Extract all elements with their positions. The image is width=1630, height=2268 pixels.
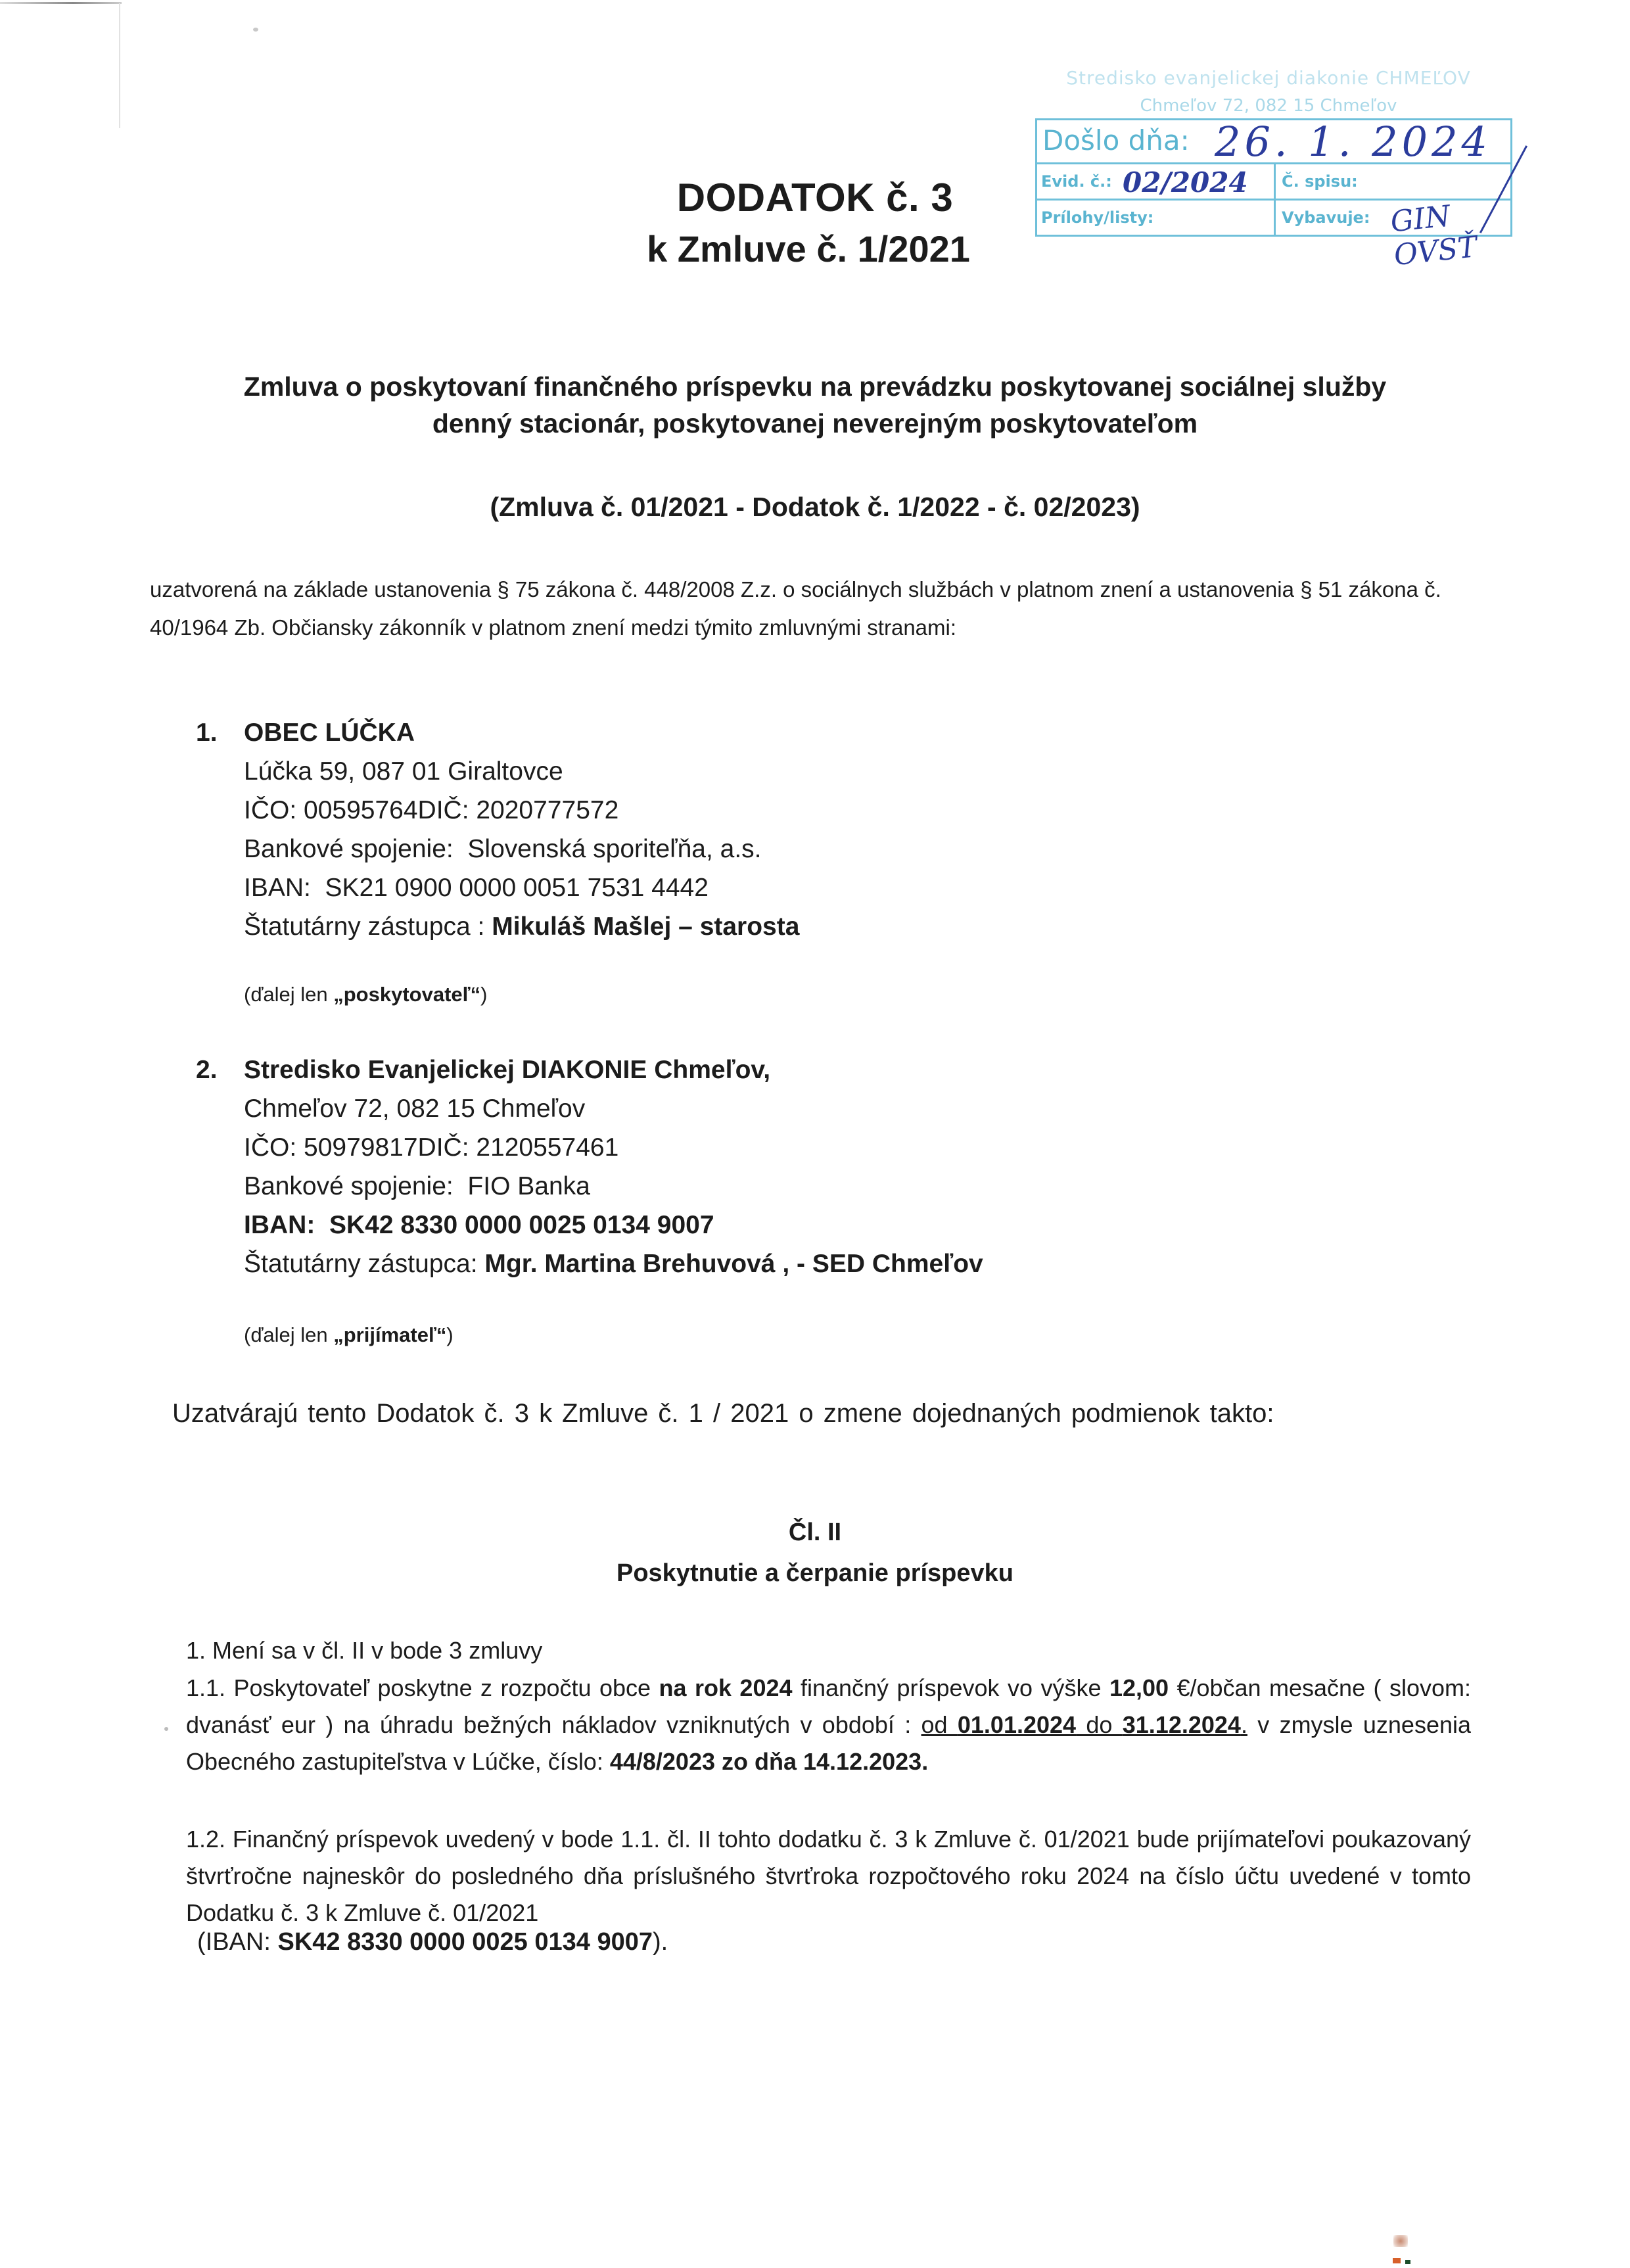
document-title: DODATOK č. 3 k Zmluve č. 1/2021 [651, 172, 979, 275]
stamp-evid-label: Evid. č.: [1041, 172, 1112, 191]
period-end: 31.12.2024 [1123, 1711, 1241, 1738]
rep-label: Štatutárny zástupca: [244, 1250, 478, 1278]
text: . [1241, 1711, 1247, 1738]
text: do [1076, 1711, 1123, 1738]
contract-reference: (Zmluva č. 01/2021 - Dodatok č. 1/2022 -… [131, 492, 1499, 523]
party-representative: Štatutárny zástupca: Mgr. Martina Brehuv… [244, 1244, 983, 1283]
text: ). [653, 1928, 668, 1956]
alias-prefix: (ďalej len [244, 1323, 333, 1346]
iban-value: SK21 0900 0000 0051 7531 4442 [325, 874, 709, 902]
period-start: 01.01.2024 [958, 1711, 1076, 1738]
scan-mark [1393, 2235, 1408, 2247]
article-number: Čl. II [0, 1519, 1630, 1547]
conclusion-statement: Uzatvárajú tento Dodatok č. 3 k Zmluve č… [172, 1399, 1274, 1429]
stamp-attachments-label: Prílohy/listy: [1041, 208, 1153, 227]
party-name: Stredisko Evanjelickej DIAKONIE Chmeľov, [244, 1051, 770, 1089]
iban-value: SK42 8330 0000 0025 0134 9007 [277, 1928, 653, 1956]
heading-line-2: denný stacionár, poskytovanej neverejným… [131, 405, 1499, 442]
party-iban: IBAN: SK21 0900 0000 0051 7531 4442 [244, 868, 709, 907]
stamp-divider [1274, 164, 1276, 235]
alias-suffix: ) [480, 983, 487, 1006]
text: od [921, 1711, 958, 1738]
alias-prefix: (ďalej len [244, 983, 333, 1006]
clause-1-2-iban: (IBAN: SK42 8330 0000 0025 0134 9007). [197, 1928, 668, 1956]
scan-artifact-edge [119, 3, 120, 128]
iban-label: IBAN: [244, 1211, 315, 1239]
party-name: OBEC LÚČKA [244, 713, 415, 752]
scan-mark [1405, 2260, 1410, 2264]
scan-artifact-line [0, 2, 122, 4]
clause-1-1: 1.1. Poskytovateľ poskytne z rozpočtu ob… [186, 1670, 1471, 1780]
alias-suffix: ) [446, 1323, 453, 1346]
bank-value: Slovenská sporiteľňa, a.s. [467, 835, 761, 863]
text: 1.1. Poskytovateľ poskytne z rozpočtu ob… [186, 1674, 659, 1701]
rep-value: Mgr. Martina Brehuvová , - SED Chmeľov [484, 1250, 983, 1278]
party-address: Chmeľov 72, 082 15 Chmeľov [244, 1089, 585, 1128]
title-main: DODATOK č. 3 [651, 172, 979, 224]
stamp-row-received: Došlo dňa: 26. 1. 2024 [1037, 120, 1510, 164]
party-representative: Štatutárny zástupca : Mikuláš Mašlej – s… [244, 907, 799, 946]
stamp-received-label: Došlo dňa: [1042, 124, 1190, 156]
stamp-evid-value: 02/2024 [1123, 166, 1248, 199]
stamp-received-value: 26. 1. 2024 [1215, 118, 1491, 166]
party-bank: Bankové spojenie: Slovenská sporiteľňa, … [244, 830, 762, 868]
party-number: 2. [196, 1051, 218, 1089]
bank-label: Bankové spojenie: [244, 1172, 454, 1200]
intro-paragraph: uzatvorená na základe ustanovenia § 75 z… [150, 571, 1497, 647]
year-emphasis: na rok 2024 [659, 1674, 793, 1701]
article-title: Poskytnutie a čerpanie príspevku [0, 1559, 1630, 1588]
party-bank: Bankové spojenie: FIO Banka [244, 1167, 590, 1206]
bank-label: Bankové spojenie: [244, 835, 454, 863]
heading-line-1: Zmluva o poskytovaní finančného príspevk… [131, 368, 1499, 405]
title-sub: k Zmluve č. 1/2021 [638, 224, 979, 275]
stamp-file-label: Č. spisu: [1282, 172, 1358, 191]
alias-term: „prijímateľ“ [333, 1323, 446, 1346]
resolution-date: zo dňa 14.12.2023. [722, 1748, 928, 1775]
scan-mark [1393, 2258, 1401, 2263]
clause-1-2: 1.2. Finančný príspevok uvedený v bode 1… [186, 1821, 1471, 1931]
amount: 12,00 [1109, 1674, 1169, 1701]
period: od 01.01.2024 do 31.12.2024. [921, 1711, 1247, 1738]
party-ids: IČO: 00595764DIČ: 2020777572 [244, 791, 618, 830]
party-recipient-alias: (ďalej len „prijímateľ“) [244, 1323, 454, 1347]
rep-value: Mikuláš Mašlej – starosta [492, 912, 799, 941]
party-ids: IČO: 50979817DIČ: 2120557461 [244, 1128, 618, 1167]
contract-heading: Zmluva o poskytovaní finančného príspevk… [131, 368, 1499, 442]
party-address: Lúčka 59, 087 01 Giraltovce [244, 752, 563, 791]
party-provider-alias: (ďalej len „poskytovateľ“) [244, 983, 487, 1006]
scan-speck [164, 1727, 168, 1731]
text: (IBAN: [197, 1928, 277, 1956]
iban-value: SK42 8330 0000 0025 0134 9007 [329, 1211, 714, 1239]
rep-label: Štatutárny zástupca : [244, 912, 484, 941]
stamp-handled-label: Vybavuje: [1282, 208, 1370, 227]
stamp-org-address: Chmeľov 72, 082 15 Chmeľov [1035, 96, 1502, 116]
text [715, 1748, 722, 1775]
scan-speck [253, 28, 258, 32]
party-number: 1. [196, 713, 218, 752]
alias-term: „poskytovateľ“ [333, 983, 480, 1006]
resolution-number: 44/8/2023 [610, 1748, 715, 1775]
registry-stamp: Stredisko evanjelickej diakonie CHMEĽOV … [1035, 66, 1515, 240]
bank-value: FIO Banka [467, 1172, 590, 1200]
stamp-org-name: Stredisko evanjelickej diakonie CHMEĽOV [1035, 67, 1502, 89]
iban-label: IBAN: [244, 874, 311, 902]
party-iban: IBAN: SK42 8330 0000 0025 0134 9007 [244, 1206, 714, 1244]
stamp-box: Došlo dňa: 26. 1. 2024 Evid. č.: Č. spis… [1035, 118, 1512, 237]
text: finančný príspevok vo výške [793, 1674, 1109, 1701]
clause-1: 1. Mení sa v čl. II v bode 3 zmluvy [186, 1632, 1471, 1669]
